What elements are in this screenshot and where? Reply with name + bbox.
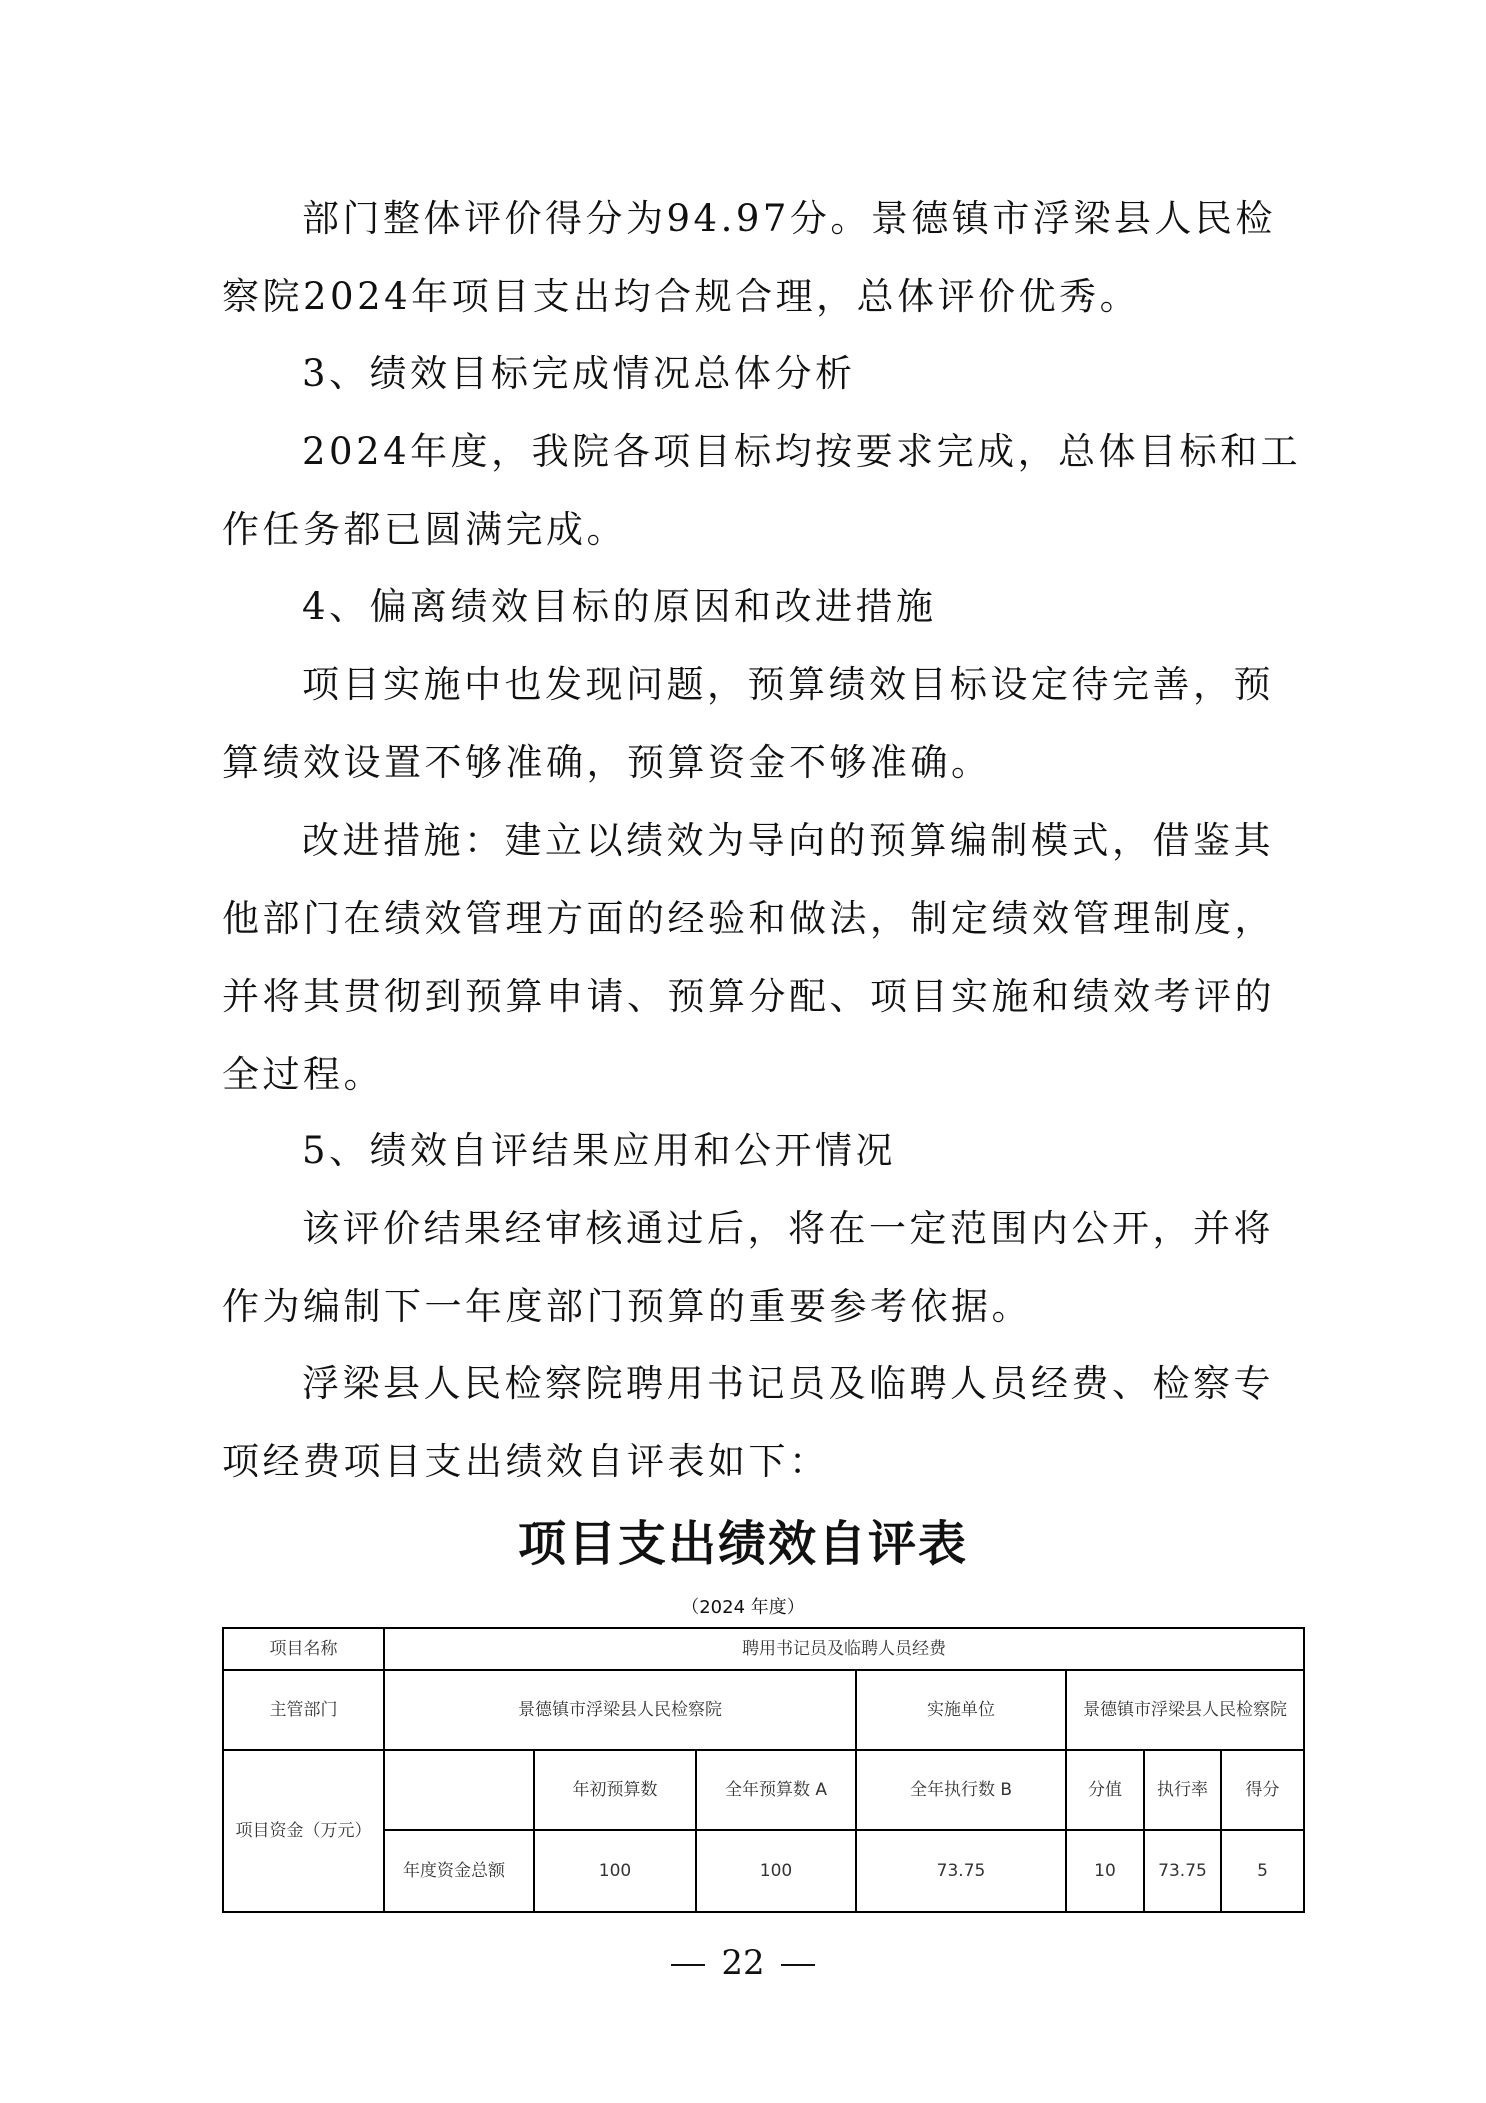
page-number: 22 xyxy=(0,1943,1486,1983)
table-year: （2024 年度） xyxy=(0,1593,1486,1619)
funds-label: 项目资金（万元） xyxy=(223,1750,384,1912)
cell-exec-rate: 73.75 xyxy=(1144,1830,1221,1912)
header-score-value: 分值 xyxy=(1066,1750,1144,1830)
cell-initial-budget: 100 xyxy=(534,1830,696,1912)
heading-results-application: 5、绩效自评结果应用和公开情况 xyxy=(222,1112,1312,1190)
dash-right-icon xyxy=(781,1964,815,1966)
heading-deviation-reasons: 4、偏离绩效目标的原因和改进措施 xyxy=(222,568,1312,646)
row-label: 年度资金总额 xyxy=(384,1830,534,1912)
impl-unit-label: 实施单位 xyxy=(856,1670,1066,1750)
heading-goal-completion: 3、绩效目标完成情况总体分析 xyxy=(222,335,1312,413)
header-annual-budget: 全年预算数 A xyxy=(696,1750,856,1830)
table-header-row: 项目资金（万元） 年初预算数 全年预算数 A 全年执行数 B 分值 执行率 得分 xyxy=(223,1750,1304,1830)
paragraph-results-application: 该评价结果经审核通过后，将在一定范围内公开，并将作为编制下一年度部门预算的重要参… xyxy=(222,1190,1312,1346)
table-row: 年度资金总额 100 100 73.75 10 73.75 5 xyxy=(223,1830,1304,1912)
header-score: 得分 xyxy=(1221,1750,1304,1830)
paragraph-problems: 项目实施中也发现问题，预算绩效目标设定待完善，预算绩效设置不够准确，预算资金不够… xyxy=(222,646,1312,802)
page-number-value: 22 xyxy=(721,1943,764,1983)
table-title: 项目支出绩效自评表 xyxy=(0,1505,1486,1574)
cell-annual-budget: 100 xyxy=(696,1830,856,1912)
header-executed: 全年执行数 B xyxy=(856,1750,1066,1830)
dash-left-icon xyxy=(671,1964,705,1966)
header-exec-rate: 执行率 xyxy=(1144,1750,1221,1830)
paragraph-goal-completion: 2024年度，我院各项目标均按要求完成，总体目标和工作任务都已圆满完成。 xyxy=(222,413,1312,569)
header-blank xyxy=(384,1750,534,1830)
cell-score: 5 xyxy=(1221,1830,1304,1912)
table-row: 主管部门 景德镇市浮梁县人民检察院 实施单位 景德镇市浮梁县人民检察院 xyxy=(223,1670,1304,1750)
self-evaluation-table: 项目名称 聘用书记员及临聘人员经费 主管部门 景德镇市浮梁县人民检察院 实施单位… xyxy=(222,1627,1305,1913)
impl-unit-value: 景德镇市浮梁县人民检察院 xyxy=(1066,1670,1304,1750)
dept-label: 主管部门 xyxy=(223,1670,384,1750)
paragraph-table-intro: 浮梁县人民检察院聘用书记员及临聘人员经费、检察专项经费项目支出绩效自评表如下： xyxy=(222,1345,1312,1501)
project-name-label: 项目名称 xyxy=(223,1628,384,1670)
header-initial-budget: 年初预算数 xyxy=(534,1750,696,1830)
cell-score-value: 10 xyxy=(1066,1830,1144,1912)
project-name-value: 聘用书记员及临聘人员经费 xyxy=(384,1628,1304,1670)
paragraph-improvement-measures: 改进措施：建立以绩效为导向的预算编制模式，借鉴其他部门在绩效管理方面的经验和做法… xyxy=(222,802,1312,1114)
table-row: 项目名称 聘用书记员及临聘人员经费 xyxy=(223,1628,1304,1670)
cell-executed: 73.75 xyxy=(856,1830,1066,1912)
paragraph-overall-score: 部门整体评价得分为94.97分。景德镇市浮梁县人民检察院2024年项目支出均合规… xyxy=(222,180,1312,336)
dept-value: 景德镇市浮梁县人民检察院 xyxy=(384,1670,856,1750)
